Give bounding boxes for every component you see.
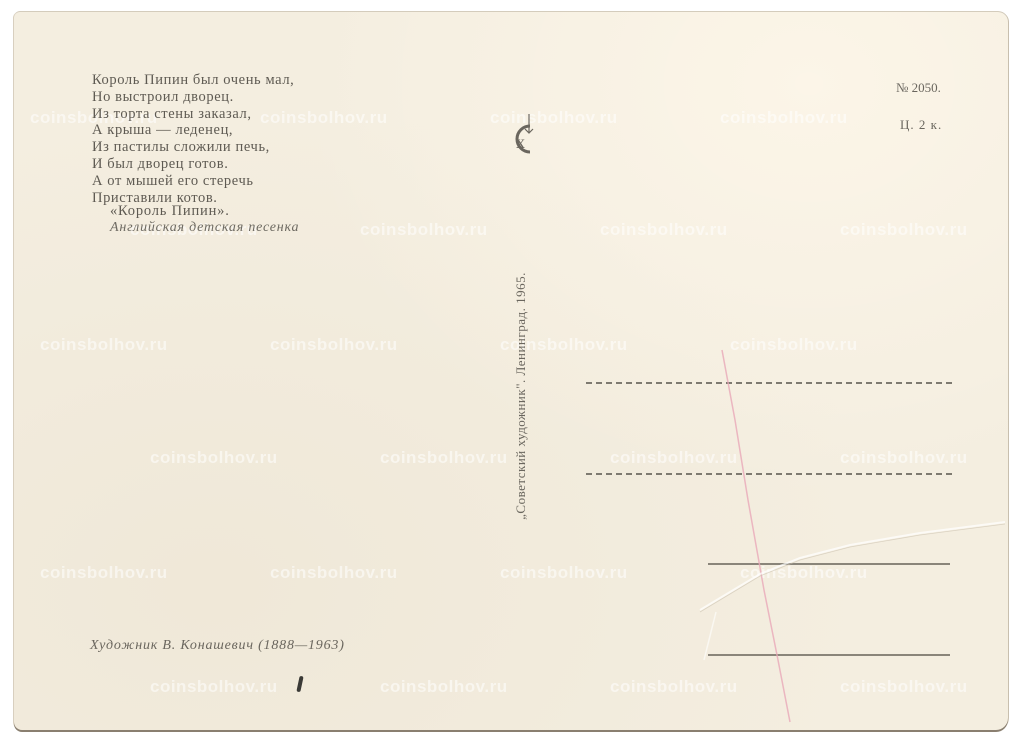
address-line-dashed bbox=[586, 382, 952, 384]
address-line-solid bbox=[708, 563, 950, 565]
watermark: coinsbolhov.ru bbox=[610, 448, 738, 468]
watermark: coinsbolhov.ru bbox=[720, 108, 848, 128]
watermark: coinsbolhov.ru bbox=[730, 335, 858, 355]
verse-line: Из торта стены заказал, bbox=[92, 106, 294, 123]
watermark: coinsbolhov.ru bbox=[600, 220, 728, 240]
artist-credit: Художник В. Конашевич (1888—1963) bbox=[90, 638, 345, 654]
watermark: coinsbolhov.ru bbox=[360, 220, 488, 240]
catalog-number: № 2050. bbox=[896, 80, 941, 96]
watermark: coinsbolhov.ru bbox=[270, 335, 398, 355]
watermark: coinsbolhov.ru bbox=[500, 563, 628, 583]
price-label: Ц. 2 к. bbox=[900, 117, 942, 133]
poem-source: Английская детская песенка bbox=[110, 220, 299, 236]
watermark: coinsbolhov.ru bbox=[40, 335, 168, 355]
watermark: coinsbolhov.ru bbox=[150, 677, 278, 697]
verse-line: А крыша — леденец, bbox=[92, 122, 294, 139]
verse-line: Но выстроил дворец. bbox=[92, 89, 294, 106]
address-line-solid bbox=[708, 654, 950, 656]
watermark: coinsbolhov.ru bbox=[270, 563, 398, 583]
verse-line: И был дворец готов. bbox=[92, 156, 294, 173]
watermark: coinsbolhov.ru bbox=[150, 448, 278, 468]
watermark: coinsbolhov.ru bbox=[840, 677, 968, 697]
watermark: coinsbolhov.ru bbox=[380, 448, 508, 468]
watermark: coinsbolhov.ru bbox=[40, 563, 168, 583]
watermark: coinsbolhov.ru bbox=[840, 448, 968, 468]
publisher-imprint: „Советский художник". Ленинград. 1965. bbox=[513, 272, 529, 520]
watermark: coinsbolhov.ru bbox=[740, 563, 868, 583]
publisher-logo-icon: x bbox=[503, 112, 543, 162]
watermark: coinsbolhov.ru bbox=[610, 677, 738, 697]
poem-verse: Король Пипин был очень мал, Но выстроил … bbox=[92, 72, 294, 206]
address-line-dashed bbox=[586, 473, 952, 475]
verse-line: Из пастилы сложили печь, bbox=[92, 139, 294, 156]
svg-text:x: x bbox=[516, 132, 525, 152]
poem-title: «Король Пипин». bbox=[110, 203, 230, 220]
verse-line: Король Пипин был очень мал, bbox=[92, 72, 294, 89]
verse-line: А от мышей его стеречь bbox=[92, 173, 294, 190]
watermark: coinsbolhov.ru bbox=[840, 220, 968, 240]
watermark: coinsbolhov.ru bbox=[380, 677, 508, 697]
